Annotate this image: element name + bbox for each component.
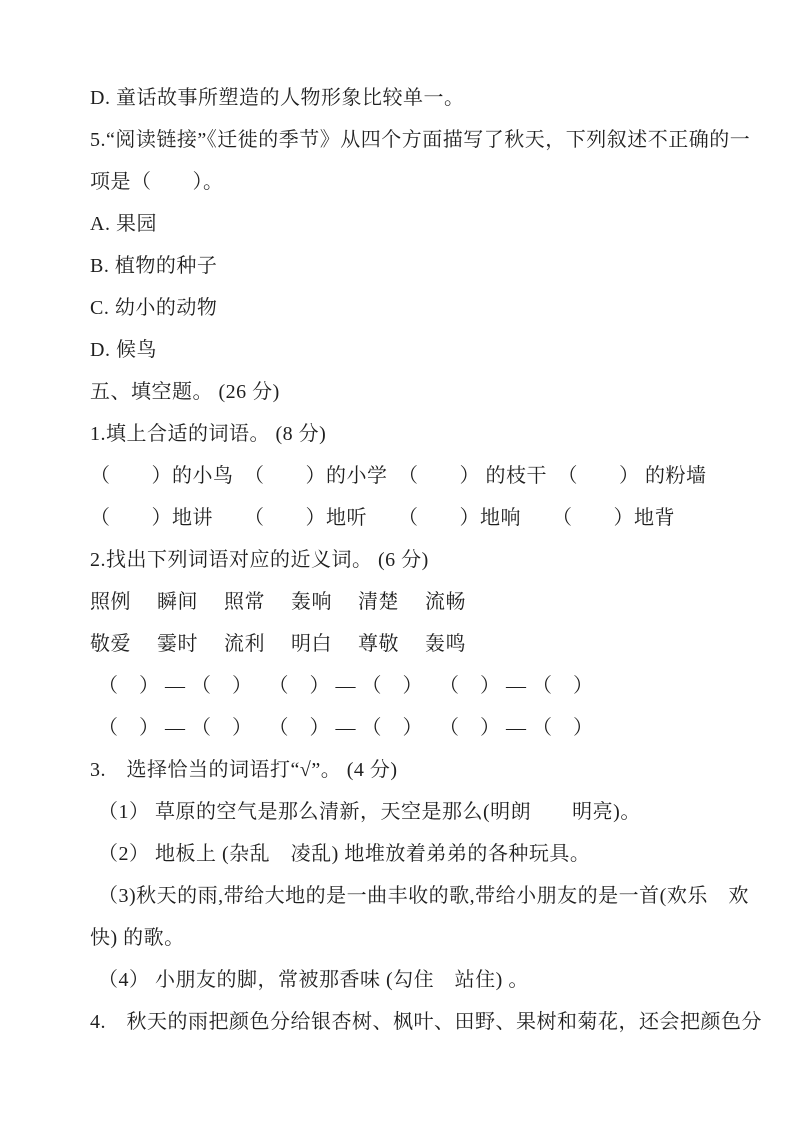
q5-option-b: B. 植物的种子 xyxy=(90,245,733,287)
q5-option-d: D. 候鸟 xyxy=(90,329,733,371)
section-five-heading: 五、填空题。 (26 分) xyxy=(90,371,733,413)
q2-title: 2.找出下列词语对应的近义词。 (6 分) xyxy=(90,539,733,581)
q5-stem-line-2: 项是（ ）。 xyxy=(90,161,733,203)
q2-answer-row-1: （ ） — （ ） （ ） — （ ） （ ） — （ ） xyxy=(90,665,733,707)
q3-title: 3. 选择恰当的词语打“√”。 (4 分) xyxy=(90,749,733,791)
q3-item-2: （2） 地板上 (杂乱 凌乱) 地堆放着弟弟的各种玩具。 xyxy=(90,833,733,875)
exam-text-block: D. 童话故事所塑造的人物形象比较单一。 5.“阅读链接”《迁徙的季节》从四个方… xyxy=(90,77,733,1043)
q3-item-3-line-1: （3)秋天的雨,带给大地的是一曲丰收的歌,带给小朋友的是一首(欢乐 欢 xyxy=(90,875,733,917)
q3-item-1: （1） 草原的空气是那么清新，天空是那么(明朗 明亮)。 xyxy=(90,791,733,833)
q3-item-3-line-2: 快) 的歌。 xyxy=(90,917,733,959)
q4-opening-line: 4. 秋天的雨把颜色分给银杏树、枫叶、田野、果树和菊花，还会把颜色分 xyxy=(90,1001,733,1043)
q1-title: 1.填上合适的词语。 (8 分) xyxy=(90,413,733,455)
q5-option-a: A. 果园 xyxy=(90,203,733,245)
q5-stem-line-1: 5.“阅读链接”《迁徙的季节》从四个方面描写了秋天，下列叙述不正确的一 xyxy=(90,119,733,161)
q1-blank-row-1: （ ）的小鸟 （ ）的小学 （ ） 的枝干 （ ） 的粉墙 xyxy=(90,455,733,497)
q2-word-row-1: 照例 瞬间 照常 轰响 清楚 流畅 xyxy=(90,581,733,623)
prev-question-option-d: D. 童话故事所塑造的人物形象比较单一。 xyxy=(90,77,733,119)
q2-word-row-2: 敬爱 霎时 流利 明白 尊敬 轰鸣 xyxy=(90,623,733,665)
exam-page: D. 童话故事所塑造的人物形象比较单一。 5.“阅读链接”《迁徙的季节》从四个方… xyxy=(0,0,793,1122)
q2-answer-row-2: （ ） — （ ） （ ） — （ ） （ ） — （ ） xyxy=(90,707,733,749)
q5-option-c: C. 幼小的动物 xyxy=(90,287,733,329)
q1-blank-row-2: （ ）地讲 （ ）地听 （ ）地响 （ ）地背 xyxy=(90,497,733,539)
q3-item-4: （4） 小朋友的脚，常被那香味 (勾住 站住) 。 xyxy=(90,959,733,1001)
